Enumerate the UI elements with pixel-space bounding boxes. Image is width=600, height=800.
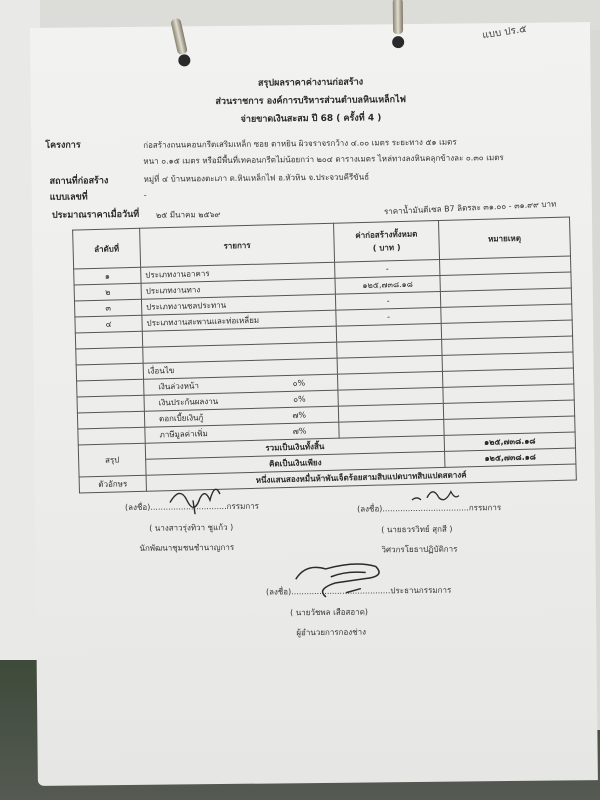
- binder-hole-icon: [392, 36, 404, 48]
- row-no: ๔: [75, 315, 142, 333]
- condition-value: ๗%: [293, 425, 307, 438]
- signer-name: ( นายธวรวิทย์ สุกสี ): [381, 522, 501, 536]
- header-no: ลำดับที่: [73, 228, 141, 269]
- document-page: แบบ ปร.๕ สรุปผลราคาค่างานก่อสร้าง ส่วนรา…: [30, 22, 598, 786]
- header-cost: ค่าก่อสร้างทั้งหมด ( บาท ): [334, 220, 440, 262]
- agency-name: ส่วนราชการ องค์การบริหารส่วนตำบลหินเหล็ก…: [31, 90, 591, 110]
- plan-number-value: -: [144, 191, 147, 200]
- sign-prefix: (ลงชื่อ): [125, 503, 150, 512]
- plan-number-label: แบบเลขที่: [50, 189, 88, 203]
- header-cost-unit: ( บาท ): [339, 240, 435, 256]
- row-no: ๑: [74, 267, 141, 285]
- signer-position: วิศวกรโยธาปฏิบัติการ: [381, 542, 501, 556]
- header-item: รายการ: [140, 223, 335, 267]
- condition-value: ๗%: [292, 409, 306, 422]
- signature-block-3: (ลงชื่อ)................................…: [266, 584, 452, 640]
- sign-prefix: (ลงชื่อ): [357, 504, 382, 513]
- location-label: สถานที่ก่อสร้าง: [50, 173, 109, 188]
- estimate-date-label: ประมาณราคาเมื่อวันที่: [52, 207, 139, 222]
- estimate-date-value: ๒๕ มีนาคม ๒๕๖๙: [156, 208, 221, 222]
- condition-value: ๐%: [293, 393, 306, 406]
- signature-block-2: (ลงชื่อ)................................…: [357, 501, 502, 557]
- budget-source: จ่ายขาดเงินสะสม ปี 68 ( ครั้งที่ 4 ): [31, 108, 591, 128]
- project-label: โครงการ: [45, 137, 81, 151]
- signature-scribble-icon: [286, 558, 406, 599]
- signer-position: นักพัฒนาชุมชนชำนาญการ: [139, 541, 259, 555]
- row-no: ๓: [74, 299, 141, 317]
- signature-block-1: (ลงชื่อ)..............................กร…: [125, 500, 259, 555]
- location-value: หมู่ที่ ๔ บ้านหนองตะเภา ต.หินเหล็กไฟ อ.ห…: [144, 170, 370, 185]
- binder-ring-icon: [393, 0, 403, 34]
- diesel-price: ราคาน้ำมันดีเซล B7 ลิตรละ ๓๑.๐๐ - ๓๑.๙๙ …: [384, 197, 557, 218]
- signature-scribble-icon: [407, 481, 467, 510]
- signer-name: ( นายวัชพล เสือสอาด): [290, 605, 451, 620]
- project-line-1: ก่อสร้างถนนคอนกรีตเสริมเหล็ก ซอย ตาหยิน …: [143, 136, 457, 152]
- signature-scribble-icon: [165, 480, 235, 515]
- signer-position: ผู้อำนวยการกองช่าง: [296, 625, 451, 640]
- project-line-2: หนา ๐.๑๕ เมตร หรือมีพื้นที่เทคอนกรีตไม่น…: [143, 151, 503, 168]
- binder-hole-icon: [178, 54, 190, 66]
- words-label: ตัวอักษร: [79, 475, 146, 493]
- condition-value: ๐%: [293, 377, 306, 390]
- document-title: สรุปผลราคาค่างานก่อสร้าง: [31, 72, 591, 92]
- signer-name: ( นางสาวรุ่งทิวา ชูแก้ว ): [149, 521, 259, 535]
- row-no: ๒: [74, 283, 141, 301]
- cost-summary-table: ลำดับที่ รายการ ค่าก่อสร้างทั้งหมด ( บาท…: [72, 217, 577, 494]
- header-remark: หมายเหตุ: [439, 217, 571, 259]
- signer-role: กรรมการ: [469, 503, 501, 512]
- form-code: แบบ ปร.๕: [481, 22, 528, 44]
- summary-label: สรุป: [78, 443, 146, 477]
